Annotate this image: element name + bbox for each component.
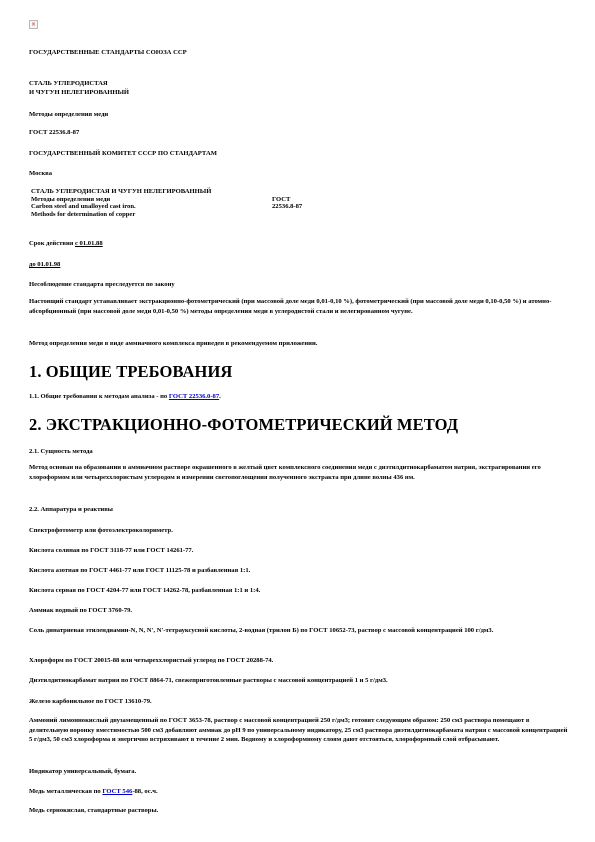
- section-1-item: 1.1. Общие требования к методам анализа …: [29, 392, 569, 402]
- validity-from-date: с 01.01.88: [75, 240, 103, 247]
- reagent-item: Железо карбонильное по ГОСТ 13610-79.: [29, 697, 569, 707]
- section-2-heading: 2. ЭКСТРАКЦИОННО-ФОТОМЕТРИЧЕСКИЙ МЕТОД: [29, 415, 458, 435]
- city: Москва: [29, 169, 569, 179]
- validity-to: до 01.01.98: [29, 260, 569, 270]
- validity-label: Срок действия: [29, 240, 75, 247]
- reagent-item: Аммоний лимоннокислый двузамещенный по Г…: [29, 716, 569, 745]
- reagent-item: Кислота азотная по ГОСТ 4461-77 или ГОСТ…: [29, 566, 569, 576]
- doc-title: СТАЛЬ УГЛЕРОДИСТАЯ И ЧУГУН НЕЛЕГИРОВАННЫ…: [29, 80, 569, 97]
- en-subtitle: Methods for determination of copper: [31, 211, 135, 218]
- reagent-item: Кислота соляная по ГОСТ 3118-77 или ГОСТ…: [29, 546, 569, 556]
- gost-22536-0-link[interactable]: ГОСТ 22536.0-87: [169, 393, 219, 400]
- subsection-2-1-title: 2.1. Сущность метода: [29, 447, 569, 457]
- reagent-item: Аммиак водный по ГОСТ 3760-79.: [29, 606, 569, 616]
- section-1-item-text: 1.1. Общие требования к методам анализа …: [29, 393, 169, 400]
- title-block-row: Methods for determination of copper: [31, 211, 331, 219]
- ru-title: СТАЛЬ УГЛЕРОДИСТАЯ И ЧУГУН НЕЛЕГИРОВАННЫ…: [31, 188, 211, 195]
- doc-title-line1: СТАЛЬ УГЛЕРОДИСТАЯ: [29, 80, 569, 89]
- doc-subtitle: Методы определения меди: [29, 110, 569, 120]
- title-block-row: Методы определения медиГОСТ: [31, 196, 331, 204]
- org-header: ГОСУДАРСТВЕННЫЕ СТАНДАРТЫ СОЮЗА ССР: [29, 48, 569, 58]
- committee: ГОСУДАРСТВЕННЫЙ КОМИТЕТ СССР ПО СТАНДАРТ…: [29, 149, 569, 159]
- gost-code: 22536.8-87: [272, 203, 302, 211]
- reagent-item: Диэтилдитиокарбамат натрия по ГОСТ 8864-…: [29, 676, 569, 686]
- section-1-heading: 1. ОБЩИЕ ТРЕБОВАНИЯ: [29, 362, 232, 382]
- reagent-item: Медь сернокислая, стандартные растворы.: [29, 806, 569, 816]
- reagent-item: Спектрофотометр или фотоэлектроколоримет…: [29, 526, 569, 536]
- copper-text: Медь металлическая по: [29, 788, 102, 795]
- gost-546-link[interactable]: ГОСТ 546: [102, 788, 132, 795]
- ru-subtitle: Методы определения меди: [31, 196, 110, 203]
- gost-label: ГОСТ: [272, 196, 290, 204]
- reagent-item: Соль динатриевая этилендиамин-N, N, N', …: [29, 626, 569, 636]
- intro-paragraph: Настоящий стандарт устанавливает экстрак…: [29, 297, 569, 316]
- copper-text-end: -88, ос.ч.: [132, 788, 157, 795]
- validity-from: Срок действия с 01.01.88: [29, 239, 569, 249]
- reagent-item: Индикатор универсальный, бумага.: [29, 767, 569, 777]
- intro-note: Метод определения меди в виде аммиачного…: [29, 339, 569, 349]
- broken-image-icon: ×: [29, 20, 38, 29]
- copper-metal-item: Медь металлическая по ГОСТ 546-88, ос.ч.: [29, 787, 569, 797]
- subsection-2-2-title: 2.2. Аппаратура и реактивы: [29, 505, 569, 515]
- title-block-table: СТАЛЬ УГЛЕРОДИСТАЯ И ЧУГУН НЕЛЕГИРОВАННЫ…: [31, 188, 331, 218]
- reagent-item: Хлороформ по ГОСТ 20015-88 или четыреххл…: [29, 656, 569, 666]
- title-block-row: Carbon steel and unalloyed cast iron.225…: [31, 203, 331, 211]
- section-1-item-end: .: [219, 393, 221, 400]
- legal-notice: Несоблюдение стандарта преследуется по з…: [29, 280, 569, 290]
- title-block-row: СТАЛЬ УГЛЕРОДИСТАЯ И ЧУГУН НЕЛЕГИРОВАННЫ…: [31, 188, 331, 196]
- doc-title-line2: И ЧУГУН НЕЛЕГИРОВАННЫЙ: [29, 89, 569, 98]
- en-title: Carbon steel and unalloyed cast iron.: [31, 203, 136, 210]
- subsection-2-1-text: Метод основан на образовании в аммиачном…: [29, 463, 569, 483]
- gost-number: ГОСТ 22536.8-87: [29, 128, 569, 138]
- validity-to-date: до 01.01.98: [29, 261, 60, 268]
- reagent-item: Кислота серная по ГОСТ 4204-77 или ГОСТ …: [29, 586, 569, 596]
